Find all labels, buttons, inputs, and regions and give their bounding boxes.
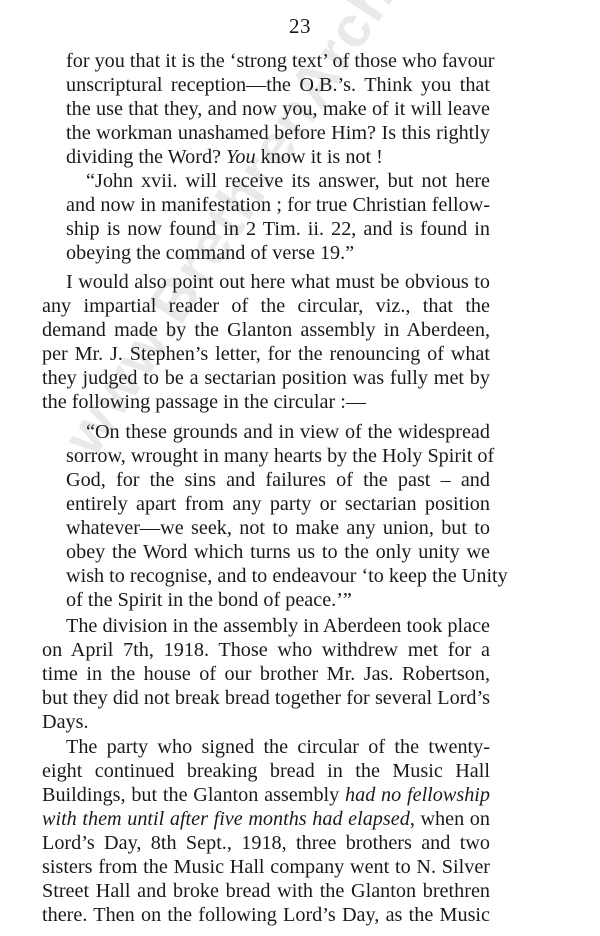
- text-line: time in the house of our brother Mr. Jas…: [42, 662, 490, 686]
- text-span: dividing the Word?: [66, 146, 226, 168]
- text-line: Days.: [42, 710, 490, 734]
- text-line: any impartial reader of the circular, vi…: [42, 294, 490, 318]
- text-line: obeying the command of verse 19.”: [66, 241, 490, 265]
- text-line: sisters from the Music Hall company went…: [42, 855, 490, 879]
- text-line: per Mr. J. Stephen’s letter, for the ren…: [42, 342, 490, 366]
- text-line: of the Spirit in the bond of peace.’”: [66, 588, 490, 612]
- text-line: demand made by the Glanton assembly in A…: [42, 318, 490, 342]
- text-line: on April 7th, 1918. Those who withdrew m…: [42, 638, 490, 662]
- text-span: Buildings, but the Glanton assembly: [42, 784, 345, 806]
- text-line: unscriptural reception—the O.B.’s. Think…: [66, 73, 490, 97]
- text-span: know it is not !: [256, 146, 383, 168]
- text-line: obey the Word which turns us to the only…: [66, 540, 490, 564]
- text-line: with them until after five months had el…: [42, 807, 490, 831]
- text-line: there. Then on the following Lord’s Day,…: [42, 903, 490, 927]
- text-line: the use that they, and now you, make of …: [66, 97, 490, 121]
- page-body: for you that it is the ‘strong text’ of …: [0, 0, 600, 936]
- text-line: Lord’s Day, 8th Sept., 1918, three broth…: [42, 831, 490, 855]
- text-line: the following passage in the circular :—: [42, 390, 490, 414]
- text-line: they judged to be a sectarian position w…: [42, 366, 490, 390]
- text-line: and now in manifestation ; for true Chri…: [66, 193, 490, 217]
- text-line: The party who signed the circular of the…: [66, 735, 490, 759]
- text-line: “John xvii. will receive its answer, but…: [86, 169, 490, 193]
- text-line: but they did not break bread together fo…: [42, 686, 490, 710]
- emphasis-text: with them until after five months had el…: [42, 808, 410, 830]
- text-span: , when on: [410, 808, 490, 830]
- emphasis-text: You: [226, 146, 256, 168]
- text-line: “On these grounds and in view of the wid…: [86, 420, 490, 444]
- text-line: I would also point out here what must be…: [66, 270, 490, 294]
- text-line: ship is now found in 2 Tim. ii. 22, and …: [66, 217, 490, 241]
- text-line: sorrow, wrought in many hearts by the Ho…: [66, 444, 490, 468]
- text-line: Street Hall and broke bread with the Gla…: [42, 879, 490, 903]
- emphasis-text: had no fellowship: [345, 784, 490, 806]
- text-line: whatever—we seek, not to make any union,…: [66, 516, 490, 540]
- text-line: The division in the assembly in Aberdeen…: [66, 614, 490, 638]
- text-line: the workman unashamed before Him? Is thi…: [66, 121, 490, 145]
- text-line: eight continued breaking bread in the Mu…: [42, 759, 490, 783]
- text-line: dividing the Word? You know it is not !: [66, 145, 490, 169]
- text-line: for you that it is the ‘strong text’ of …: [66, 49, 490, 73]
- text-line: wish to recognise, and to endeavour ‘to …: [66, 564, 490, 588]
- text-line: entirely apart from any party or sectari…: [66, 492, 490, 516]
- text-line: Buildings, but the Glanton assembly had …: [42, 783, 490, 807]
- text-line: God, for the sins and failures of the pa…: [66, 468, 490, 492]
